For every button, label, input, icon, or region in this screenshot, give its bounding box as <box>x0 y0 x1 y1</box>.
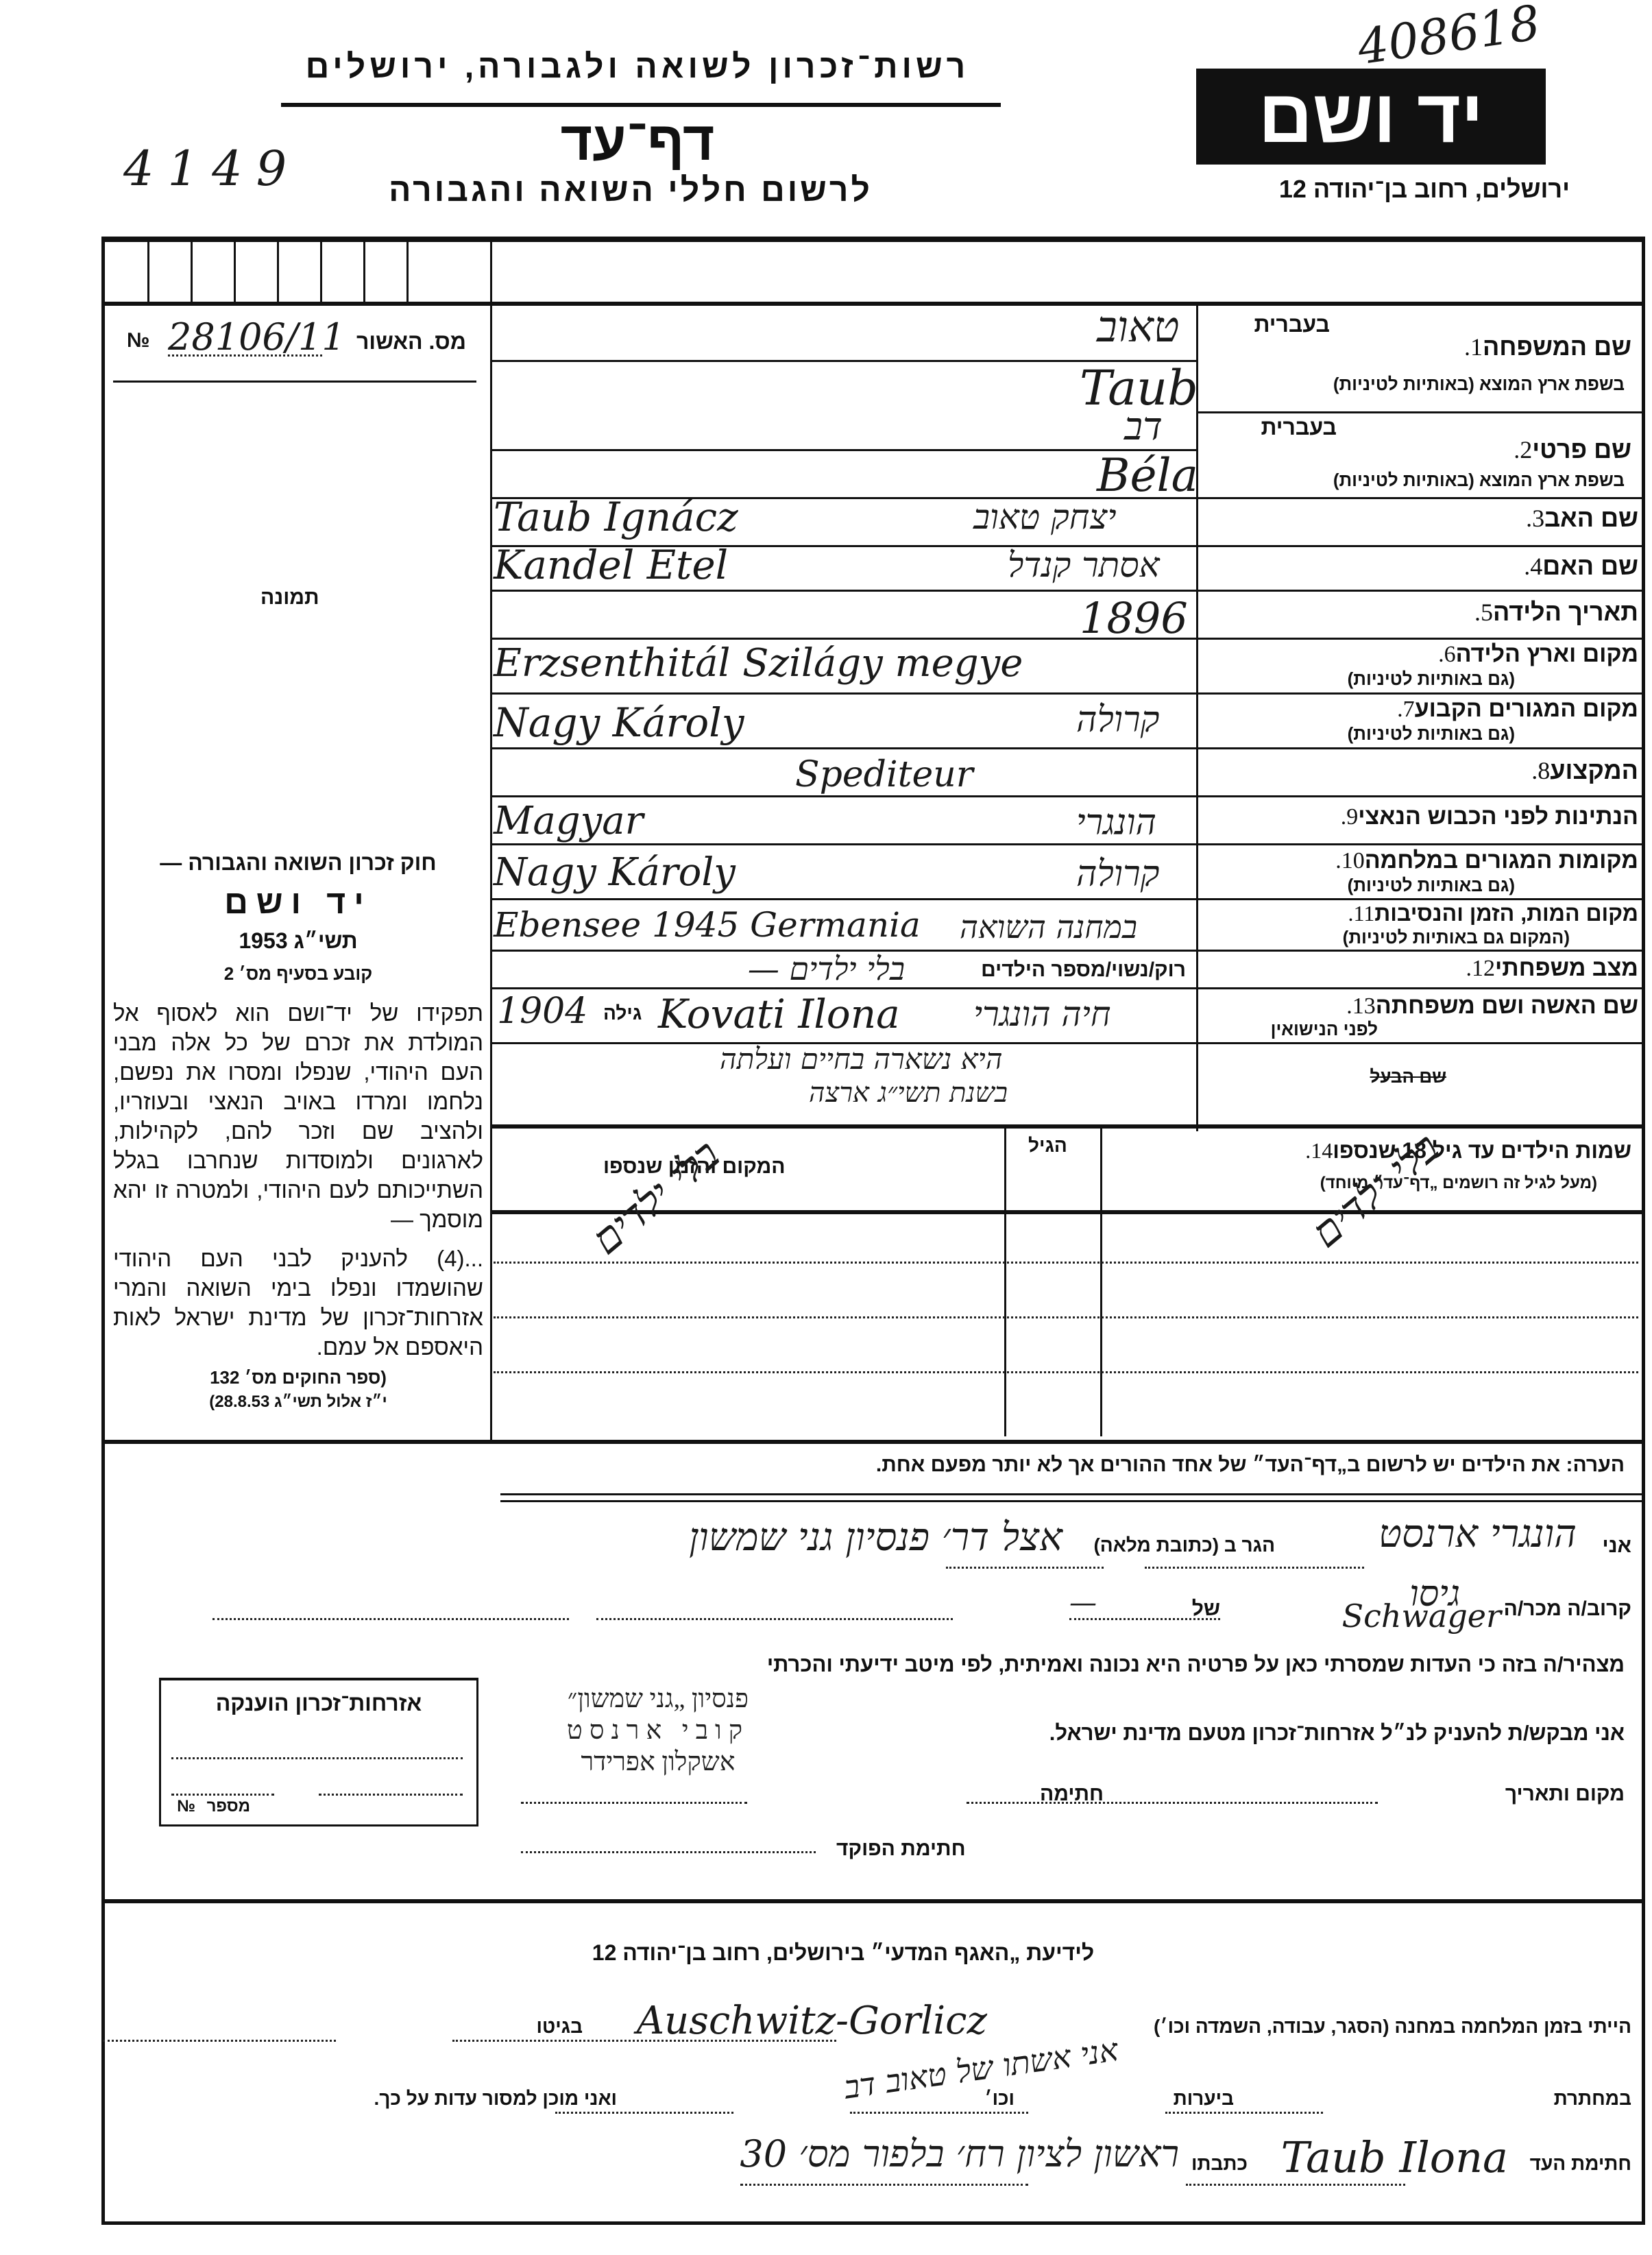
footer-heading: לידיעת „האגף המדעי״ בירושלים, רחוב בן־יה… <box>494 1940 1193 1966</box>
field-permanent-residence: מקום המגורים הקבוע7. <box>1385 696 1638 723</box>
wife-birth-year[interactable]: 1904 <box>497 991 587 1032</box>
children-age-column: הגיל <box>1028 1135 1067 1157</box>
camp-label: הייתי בזמן המלחמה במחנה (הסגר, עבודה, הש… <box>1154 2016 1631 2038</box>
address: ירושלים, רחוב בן־יהודה 12 <box>1186 175 1570 204</box>
archive-number: 408618 <box>1355 0 1544 75</box>
law-heading: חוק זכרון השואה והגבורה — <box>113 850 483 876</box>
law-paragraph: תפקידו של יד־ושם הוא לאסוף אל המולדת את … <box>113 998 483 1234</box>
law-section: קובע בסעיף מס׳ 2 <box>113 963 483 985</box>
declaration-row-1: אני הונגרי ארנסט הגר ב (כתובת מלאה) אצל … <box>103 1515 1631 1563</box>
note-text: הערה: את הילדים יש לרשום ב„דף־העד״ של אח… <box>528 1454 1625 1477</box>
hebrew-tag: בעברית <box>1254 312 1330 337</box>
signature-input[interactable] <box>521 1802 747 1804</box>
form-title: דף־עד <box>480 110 795 173</box>
birth-place-value[interactable]: Erzsenthitál Szilágy megye <box>494 641 1023 686</box>
top-grid <box>103 240 1645 302</box>
field-family-name: בעברית שם המשפחה1. בשפת ארץ המוצא (באותי… <box>1200 305 1638 411</box>
field-wife-name: שם האשה ושם משפחתה13. <box>1334 993 1638 1020</box>
wife-name-latin[interactable]: Kovati Ilona <box>658 991 900 1037</box>
place-date-input[interactable] <box>967 1802 1378 1804</box>
stamp: פנסיון „גני שמשון״ קובי ארנסט אשקלון אפר… <box>494 1683 823 1778</box>
mother-name-hebrew[interactable]: אסתר קנדל <box>1008 545 1160 585</box>
approval-number-value[interactable]: 28106/11 <box>168 315 345 359</box>
field-sublabel: בשפת ארץ המוצא (באותיות לטיניות) <box>1333 470 1625 491</box>
field-sublabel: (גם באותיות לטיניות) <box>1348 723 1515 745</box>
declaration-row-2: קרוב/ה מכר/ה גיסו Schwager של — <box>103 1584 1631 1632</box>
field-sublabel: (גם באותיות לטיניות) <box>1348 875 1515 896</box>
partisans-label: ביערות <box>1174 2088 1234 2110</box>
handwritten-reference: 4149 <box>123 141 300 197</box>
declaration-request: אני מבקש/ת להעניק לנ״ל אזרחות־זכרון מטעם… <box>809 1721 1625 1746</box>
of-value[interactable]: — <box>1069 1587 1097 1619</box>
footer-row-2: במחתרת ביערות וכו׳ ואני מוכן למסור עדות … <box>103 2084 1631 2125</box>
address-label: כתבתו <box>1191 2153 1248 2175</box>
residence-hebrew[interactable]: קרולה <box>1076 699 1159 740</box>
death-place-hebrew[interactable]: במחנה השואה <box>960 908 1137 945</box>
witness-signature-label: חתימת העד <box>1530 2153 1631 2175</box>
law-box: חוק זכרון השואה והגבורה — יד ושם תשי״ג 1… <box>113 850 483 1433</box>
field-sublabel: (המקום גם באותיות לטיניות) <box>1343 927 1570 948</box>
field-label: שם המשפחה <box>1483 333 1631 361</box>
no-symbol: № <box>177 1797 195 1816</box>
declaration-statement: מצהיר/ה בזה כי העדות שמסרתי כאן על פרטיה… <box>535 1652 1625 1677</box>
footer-row-3: חתימת העד Taub Ilona כתבתו ראשון לציון ר… <box>103 2132 1631 2187</box>
org-line: רשות־זכרון לשואה ולגבורה, ירושלים <box>267 48 1008 86</box>
footer-row-1: הייתי בזמן המלחמה במחנה (הסגר, עבודה, הש… <box>103 1975 1631 2043</box>
nationality-hebrew[interactable]: הונגרי <box>1076 802 1156 843</box>
of-label: של <box>1192 1597 1220 1621</box>
declarant-address[interactable]: אצל דר׳ פנסיון גני שמשון <box>689 1515 1062 1560</box>
yad-vashem-logo: יד ושם <box>1196 69 1546 165</box>
law-ref-1: (ספר החוקים מס׳ 132 <box>113 1367 483 1388</box>
field-wartime-residence: מקומות המגורים במלחמה10. <box>1323 847 1638 874</box>
wartime-residence-hebrew[interactable]: קרולה <box>1076 854 1159 895</box>
first-name-hebrew[interactable]: דב <box>1124 405 1163 449</box>
mother-name-latin[interactable]: Kandel Etel <box>494 542 728 588</box>
law-name: יד ושם <box>113 884 483 921</box>
wife-born-label: גילה <box>603 1002 642 1024</box>
witness-signature[interactable]: Taub Ilona <box>1281 2132 1508 2182</box>
family-name-hebrew[interactable]: טאוב <box>1097 302 1179 352</box>
wartime-residence-latin[interactable]: Nagy Károly <box>494 850 736 895</box>
first-name-latin[interactable]: Béla <box>1097 449 1198 502</box>
ghetto-label: בגיטו <box>537 2016 583 2038</box>
death-place-latin[interactable]: Ebensee 1945 Germania <box>494 905 921 945</box>
marital-status-value[interactable]: בלי ילדים — <box>748 950 905 987</box>
stamp-line-2: קובי ארנסט <box>494 1715 823 1746</box>
header-rule <box>281 103 1001 107</box>
officer-signature-label: חתימת הפוקד <box>836 1837 966 1861</box>
place-date-row: מקום ותאריך חתימה <box>494 1779 1625 1813</box>
relative-value-latin[interactable]: Schwager <box>1342 1597 1501 1635</box>
wife-name-hebrew[interactable]: חיה הונגרי <box>973 994 1110 1034</box>
stamp-line-1: פנסיון „גני שמשון״ <box>494 1683 823 1715</box>
nationality-latin[interactable]: Magyar <box>494 799 643 843</box>
citizenship-box: אזרחות־זכרון הוענקה מספר № <box>159 1678 478 1826</box>
citizenship-title: אזרחות־זכרון הוענקה <box>161 1691 476 1716</box>
stamp-line-3: אשקלון אפרידר <box>494 1746 823 1778</box>
field-first-name: בעברית שם פרטי2. בשפת ארץ המוצא (באותיות… <box>1200 415 1638 497</box>
field-profession: המקצוע8. <box>1519 756 1638 785</box>
field-nationality: הנתינות לפני הכבוש הנאצי9. <box>1328 804 1638 830</box>
witness-address[interactable]: ראשון לציון רח׳ בלפור מס׳ 30 <box>740 2132 1179 2175</box>
resides-label: הגר ב (כתובת מלאה) <box>1093 1534 1275 1556</box>
no-symbol: № <box>127 329 149 352</box>
declarant-name[interactable]: הונגרי ארנסט <box>1378 1512 1577 1556</box>
struck-husband-label: שם הבעל <box>1370 1066 1446 1087</box>
field-mother-name: שם האם4. <box>1511 552 1638 581</box>
field-sublabel: (גם באותיות לטיניות) <box>1348 668 1515 690</box>
photo-label: תמונה <box>260 586 319 610</box>
children-header: שמות הילדים עד גיל 18 שנספו14. <box>1293 1138 1631 1163</box>
place-date-label: מקום ותאריך <box>1505 1783 1625 1806</box>
field-father-name: שם האב3. <box>1514 504 1638 533</box>
approval-number-row: מס. האשור 28106/11 № <box>110 309 480 370</box>
field-marital-status: מצב משפחתי12. <box>1454 955 1638 982</box>
field-label: שם פרטי <box>1532 435 1631 463</box>
profession-value[interactable]: Spediteur <box>795 754 973 795</box>
father-name-latin[interactable]: Taub Ignácz <box>494 494 738 540</box>
birth-date-value[interactable]: 1896 <box>1080 593 1188 643</box>
field-birth-date: תאריך הלידה5. <box>1462 598 1638 627</box>
testimony-tail: ואני מוכן למסור עדות על כך. <box>374 2088 617 2110</box>
relative-label: קרוב/ה מכר/ה <box>1504 1597 1631 1621</box>
i-label: אני <box>1603 1534 1631 1558</box>
hebrew-tag: בעברית <box>1261 415 1337 440</box>
wife-note-line-2[interactable]: בשנת תשי״ג ארצה <box>809 1076 1008 1109</box>
field-birth-place: מקום וארץ הלידה6. <box>1426 641 1638 668</box>
field-sublabel: בשפת ארץ המוצא (באותיות לטיניות) <box>1333 374 1625 395</box>
law-ref-2: י״ז אלול תשי״ג 28.8.53) <box>113 1392 483 1412</box>
father-name-hebrew[interactable]: יצחק טאוב <box>973 497 1117 537</box>
officer-signature-input[interactable] <box>521 1851 816 1853</box>
underground-label: במחתרת <box>1554 2088 1631 2110</box>
field-death-place: מקום המות, הזמן והנסיבות11. <box>1335 901 1638 926</box>
camp-value[interactable]: Auschwitz-Gorlicz <box>637 1999 987 2043</box>
approval-number-label: מס. האשור <box>356 329 466 354</box>
law-paragraph-2: ...(4) להעניק לבני העם היהודי שהושמדו ונ… <box>113 1244 483 1362</box>
form-subtitle: לרשום חללי השואה והגבורה <box>329 171 932 209</box>
field-sublabel: לפני הנישואין <box>1271 1019 1378 1040</box>
marital-status-row: רוק/נשוי/מספר הילדים בלי ילדים — <box>494 953 1193 987</box>
law-year: תשי״ג 1953 <box>113 928 483 954</box>
marital-inline-label: רוק/נשוי/מספר הילדים <box>981 958 1186 982</box>
etc-label: וכו׳ <box>984 2088 1015 2110</box>
residence-latin[interactable]: Nagy Károly <box>494 699 744 746</box>
wife-note-line-1[interactable]: היא נשארה בחיים ועלתה <box>720 1042 1002 1076</box>
citizenship-number-label: מספר <box>207 1797 250 1816</box>
